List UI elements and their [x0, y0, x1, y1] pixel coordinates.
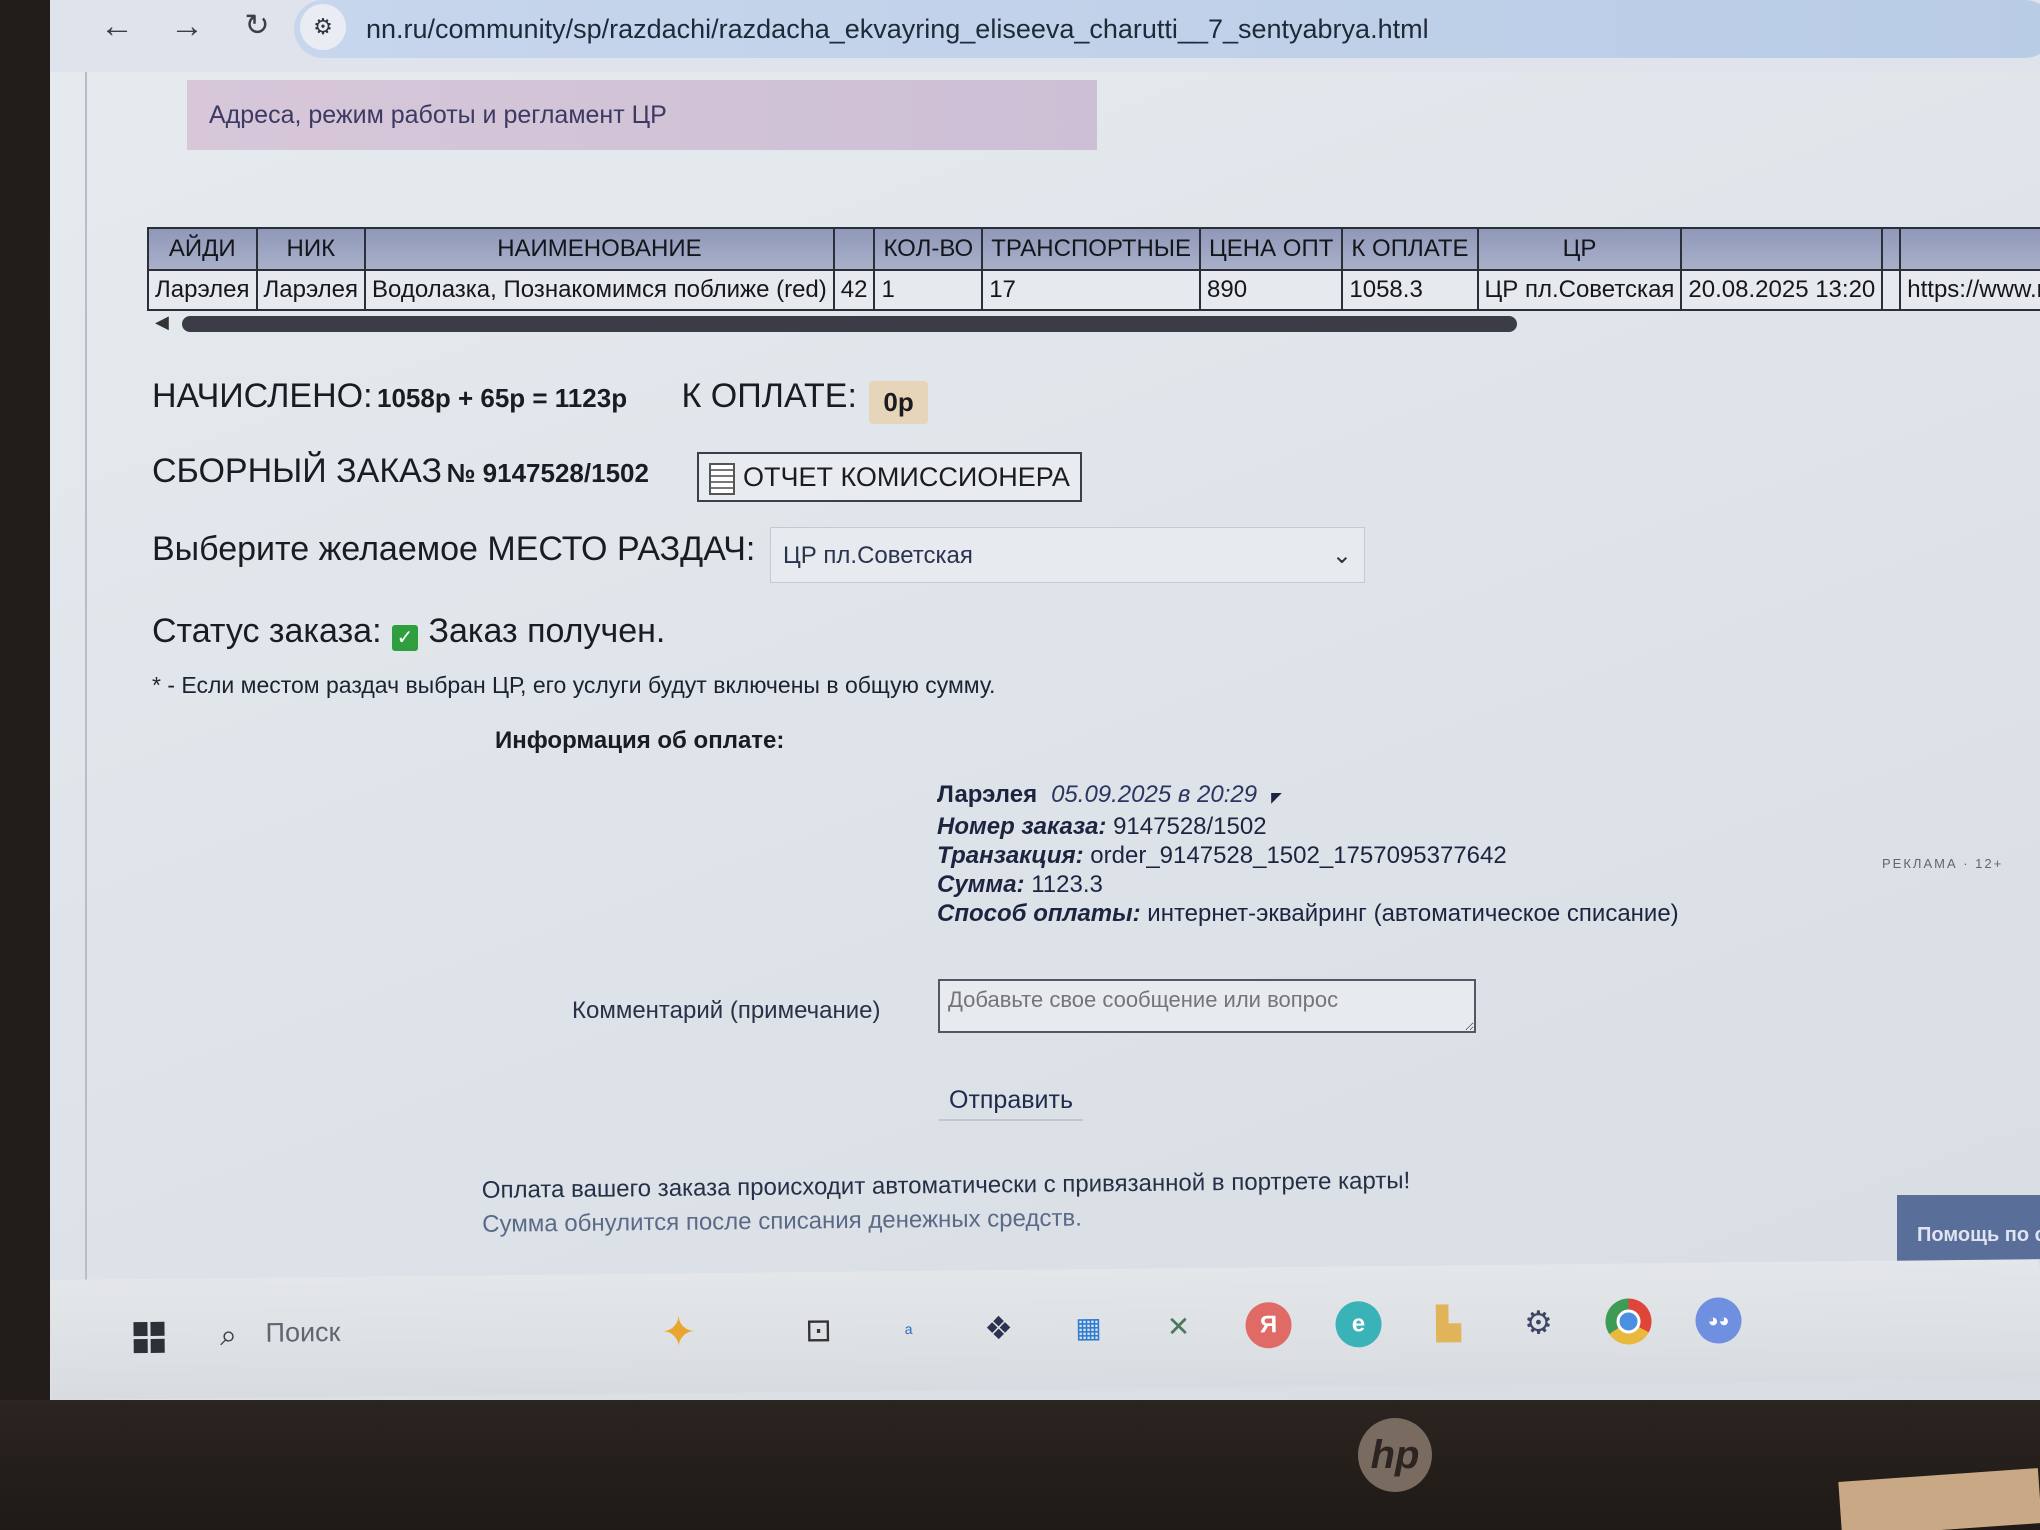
cell-url[interactable]: https://www.nn.r: [1900, 270, 2040, 310]
col-header: [1681, 228, 1882, 270]
col-header: [834, 228, 875, 270]
word-icon[interactable]: ▦: [1060, 1299, 1117, 1356]
forward-arrow-icon[interactable]: →: [165, 4, 209, 48]
task-view-icon[interactable]: ⊡: [790, 1302, 847, 1359]
cell-qty: 1: [874, 270, 982, 310]
order-number-value: 9147528/1502: [1113, 813, 1267, 840]
taskbar-search-input[interactable]: Поиск: [265, 1317, 340, 1349]
chevron-down-icon: ⌄: [1332, 528, 1352, 584]
cell-transport: 17: [982, 270, 1200, 310]
comment-input[interactable]: [938, 979, 1476, 1033]
back-arrow-icon[interactable]: ←: [95, 4, 139, 48]
discord-icon[interactable]: ◕◕: [1690, 1292, 1747, 1349]
cell-date: 20.08.2025 13:20: [1681, 270, 1882, 310]
cell-empty: [1882, 270, 1900, 310]
auto-payment-note: Оплата вашего заказа происходит автомати…: [482, 1164, 1411, 1242]
cell-to-pay: 1058.3: [1342, 270, 1477, 310]
dropbox-icon[interactable]: ❖: [970, 1300, 1027, 1357]
status-value: Заказ получен.: [428, 612, 665, 650]
pickup-selected-value: ЦР пл.Советская: [783, 542, 973, 569]
to-pay-label: К ОПЛАТЕ:: [682, 377, 857, 415]
cell-pickup: ЦР пл.Советская: [1478, 270, 1682, 310]
transaction-label: Транзакция:: [937, 842, 1084, 869]
pickup-select[interactable]: ЦР пл.Советская ⌄: [770, 527, 1365, 583]
hp-logo: hp: [1358, 1418, 1432, 1492]
comment-label: Комментарий (примечание): [572, 997, 880, 1025]
sum-label: Сумма:: [937, 871, 1025, 898]
report-button-label: ОТЧЕТ КОМИССИОНЕРА: [743, 462, 1070, 492]
browser-toolbar: ← → ↻ ⚙ nn.ru/community/sp/razdachi/razd…: [50, 0, 2040, 72]
addresses-banner-link[interactable]: Адреса, режим работы и регламент ЦР: [187, 80, 1097, 150]
cell-size: 42: [834, 270, 875, 310]
search-icon[interactable]: ⌕: [200, 1308, 257, 1365]
payment-info: Ларэлея05.09.2025 в 20:29◤ Номер заказа:…: [937, 780, 1679, 928]
settings-icon[interactable]: ⚙: [1510, 1294, 1567, 1351]
col-header: НИК: [257, 228, 366, 270]
url-text[interactable]: nn.ru/community/sp/razdachi/razdacha_ekv…: [366, 14, 1429, 45]
screen: ← → ↻ ⚙ nn.ru/community/sp/razdachi/razd…: [50, 0, 2040, 1400]
edge-icon[interactable]: e: [1330, 1296, 1387, 1353]
monitor-bezel-bottom: [0, 1400, 2040, 1530]
checkmark-icon: ✓: [392, 625, 418, 651]
ad-label: РЕКЛАМА · 12+: [1882, 856, 2003, 871]
accrued-value: 1058р + 65р = 1123р: [377, 383, 627, 413]
sum-value: 1123.3: [1031, 871, 1103, 898]
payment-user: Ларэлея: [937, 781, 1037, 808]
status-label: Статус заказа:: [152, 612, 382, 650]
status-row: Статус заказа: ✓ Заказ получен.: [152, 612, 665, 651]
reload-icon[interactable]: ↻: [235, 4, 279, 48]
cell-name: Водолазка, Познакомимся поближе (red): [365, 270, 834, 310]
cell-nick: Ларэлея: [257, 270, 366, 310]
order-row: СБОРНЫЙ ЗАКАЗ № 9147528/1502: [152, 452, 649, 491]
accrued-row: НАЧИСЛЕНО: 1058р + 65р = 1123р К ОПЛАТЕ:…: [152, 377, 928, 424]
col-header: ЦР: [1478, 228, 1682, 270]
scroll-left-arrow-icon[interactable]: ◀: [155, 312, 169, 333]
commissioner-report-button[interactable]: ОТЧЕТ КОМИССИОНЕРА: [697, 452, 1082, 502]
send-button[interactable]: Отправить: [939, 1082, 1083, 1121]
col-header: ЦЕНА ОПТ: [1200, 228, 1342, 270]
windows-start-icon[interactable]: [120, 1309, 177, 1366]
col-header: [1882, 228, 1900, 270]
taskbar: ⌕ Поиск ✦ ⊡ a ❖ ▦ ✕ Я e ▙ ⚙ ◕◕: [50, 1259, 2040, 1400]
col-header: КОЛ-ВО: [874, 228, 982, 270]
pickup-label: Выберите желаемое МЕСТО РАЗДАЧ:: [152, 530, 755, 568]
excel-icon[interactable]: ✕: [1150, 1298, 1207, 1355]
col-header: НАИМЕНОВАНИЕ: [365, 228, 834, 270]
method-label: Способ оплаты:: [937, 900, 1141, 927]
orders-table: АЙДИ НИК НАИМЕНОВАНИЕ КОЛ-ВО ТРАНСПОРТНЫ…: [147, 227, 2040, 311]
table-horizontal-scrollbar[interactable]: [182, 316, 1517, 332]
document-icon: [709, 463, 735, 495]
transaction-value: order_9147528_1502_1757095377642: [1090, 842, 1506, 869]
to-pay-value: 0р: [869, 381, 927, 424]
yandex-icon[interactable]: Я: [1240, 1297, 1297, 1354]
cell-price: 890: [1200, 270, 1342, 310]
col-header: АЙДИ: [148, 228, 257, 270]
file-explorer-icon[interactable]: ▙: [1420, 1295, 1477, 1352]
chrome-icon[interactable]: [1600, 1293, 1657, 1350]
cell-id-link[interactable]: Ларэлея: [148, 270, 257, 310]
col-header: [1900, 228, 2040, 270]
pickup-row: Выберите желаемое МЕСТО РАЗДАЧ:: [152, 530, 755, 569]
site-settings-icon[interactable]: ⚙: [300, 4, 346, 50]
pickup-note: * - Если местом раздач выбран ЦР, его ус…: [152, 672, 995, 699]
flag-icon[interactable]: ◤: [1271, 789, 1282, 805]
page-content: Адреса, режим работы и регламент ЦР АЙДИ…: [85, 72, 2040, 1312]
monitor-bezel-left: [0, 0, 55, 1530]
order-number: № 9147528/1502: [446, 458, 649, 488]
copilot-icon[interactable]: ✦: [650, 1303, 707, 1360]
order-label: СБОРНЫЙ ЗАКАЗ: [152, 452, 442, 490]
app-icon[interactable]: a: [880, 1301, 937, 1358]
col-header: К ОПЛАТЕ: [1342, 228, 1477, 270]
payment-date: 05.09.2025 в 20:29: [1051, 781, 1257, 808]
payment-info-title: Информация об оплате:: [495, 727, 784, 755]
col-header: ТРАНСПОРТНЫЕ: [982, 228, 1200, 270]
table-row: Ларэлея Ларэлея Водолазка, Познакомимся …: [148, 270, 2040, 310]
method-value: интернет-эквайринг (автоматическое списа…: [1147, 900, 1678, 927]
order-number-label: Номер заказа:: [937, 813, 1106, 840]
table-header-row: АЙДИ НИК НАИМЕНОВАНИЕ КОЛ-ВО ТРАНСПОРТНЫ…: [148, 228, 2040, 270]
accrued-label: НАЧИСЛЕНО:: [152, 377, 373, 415]
